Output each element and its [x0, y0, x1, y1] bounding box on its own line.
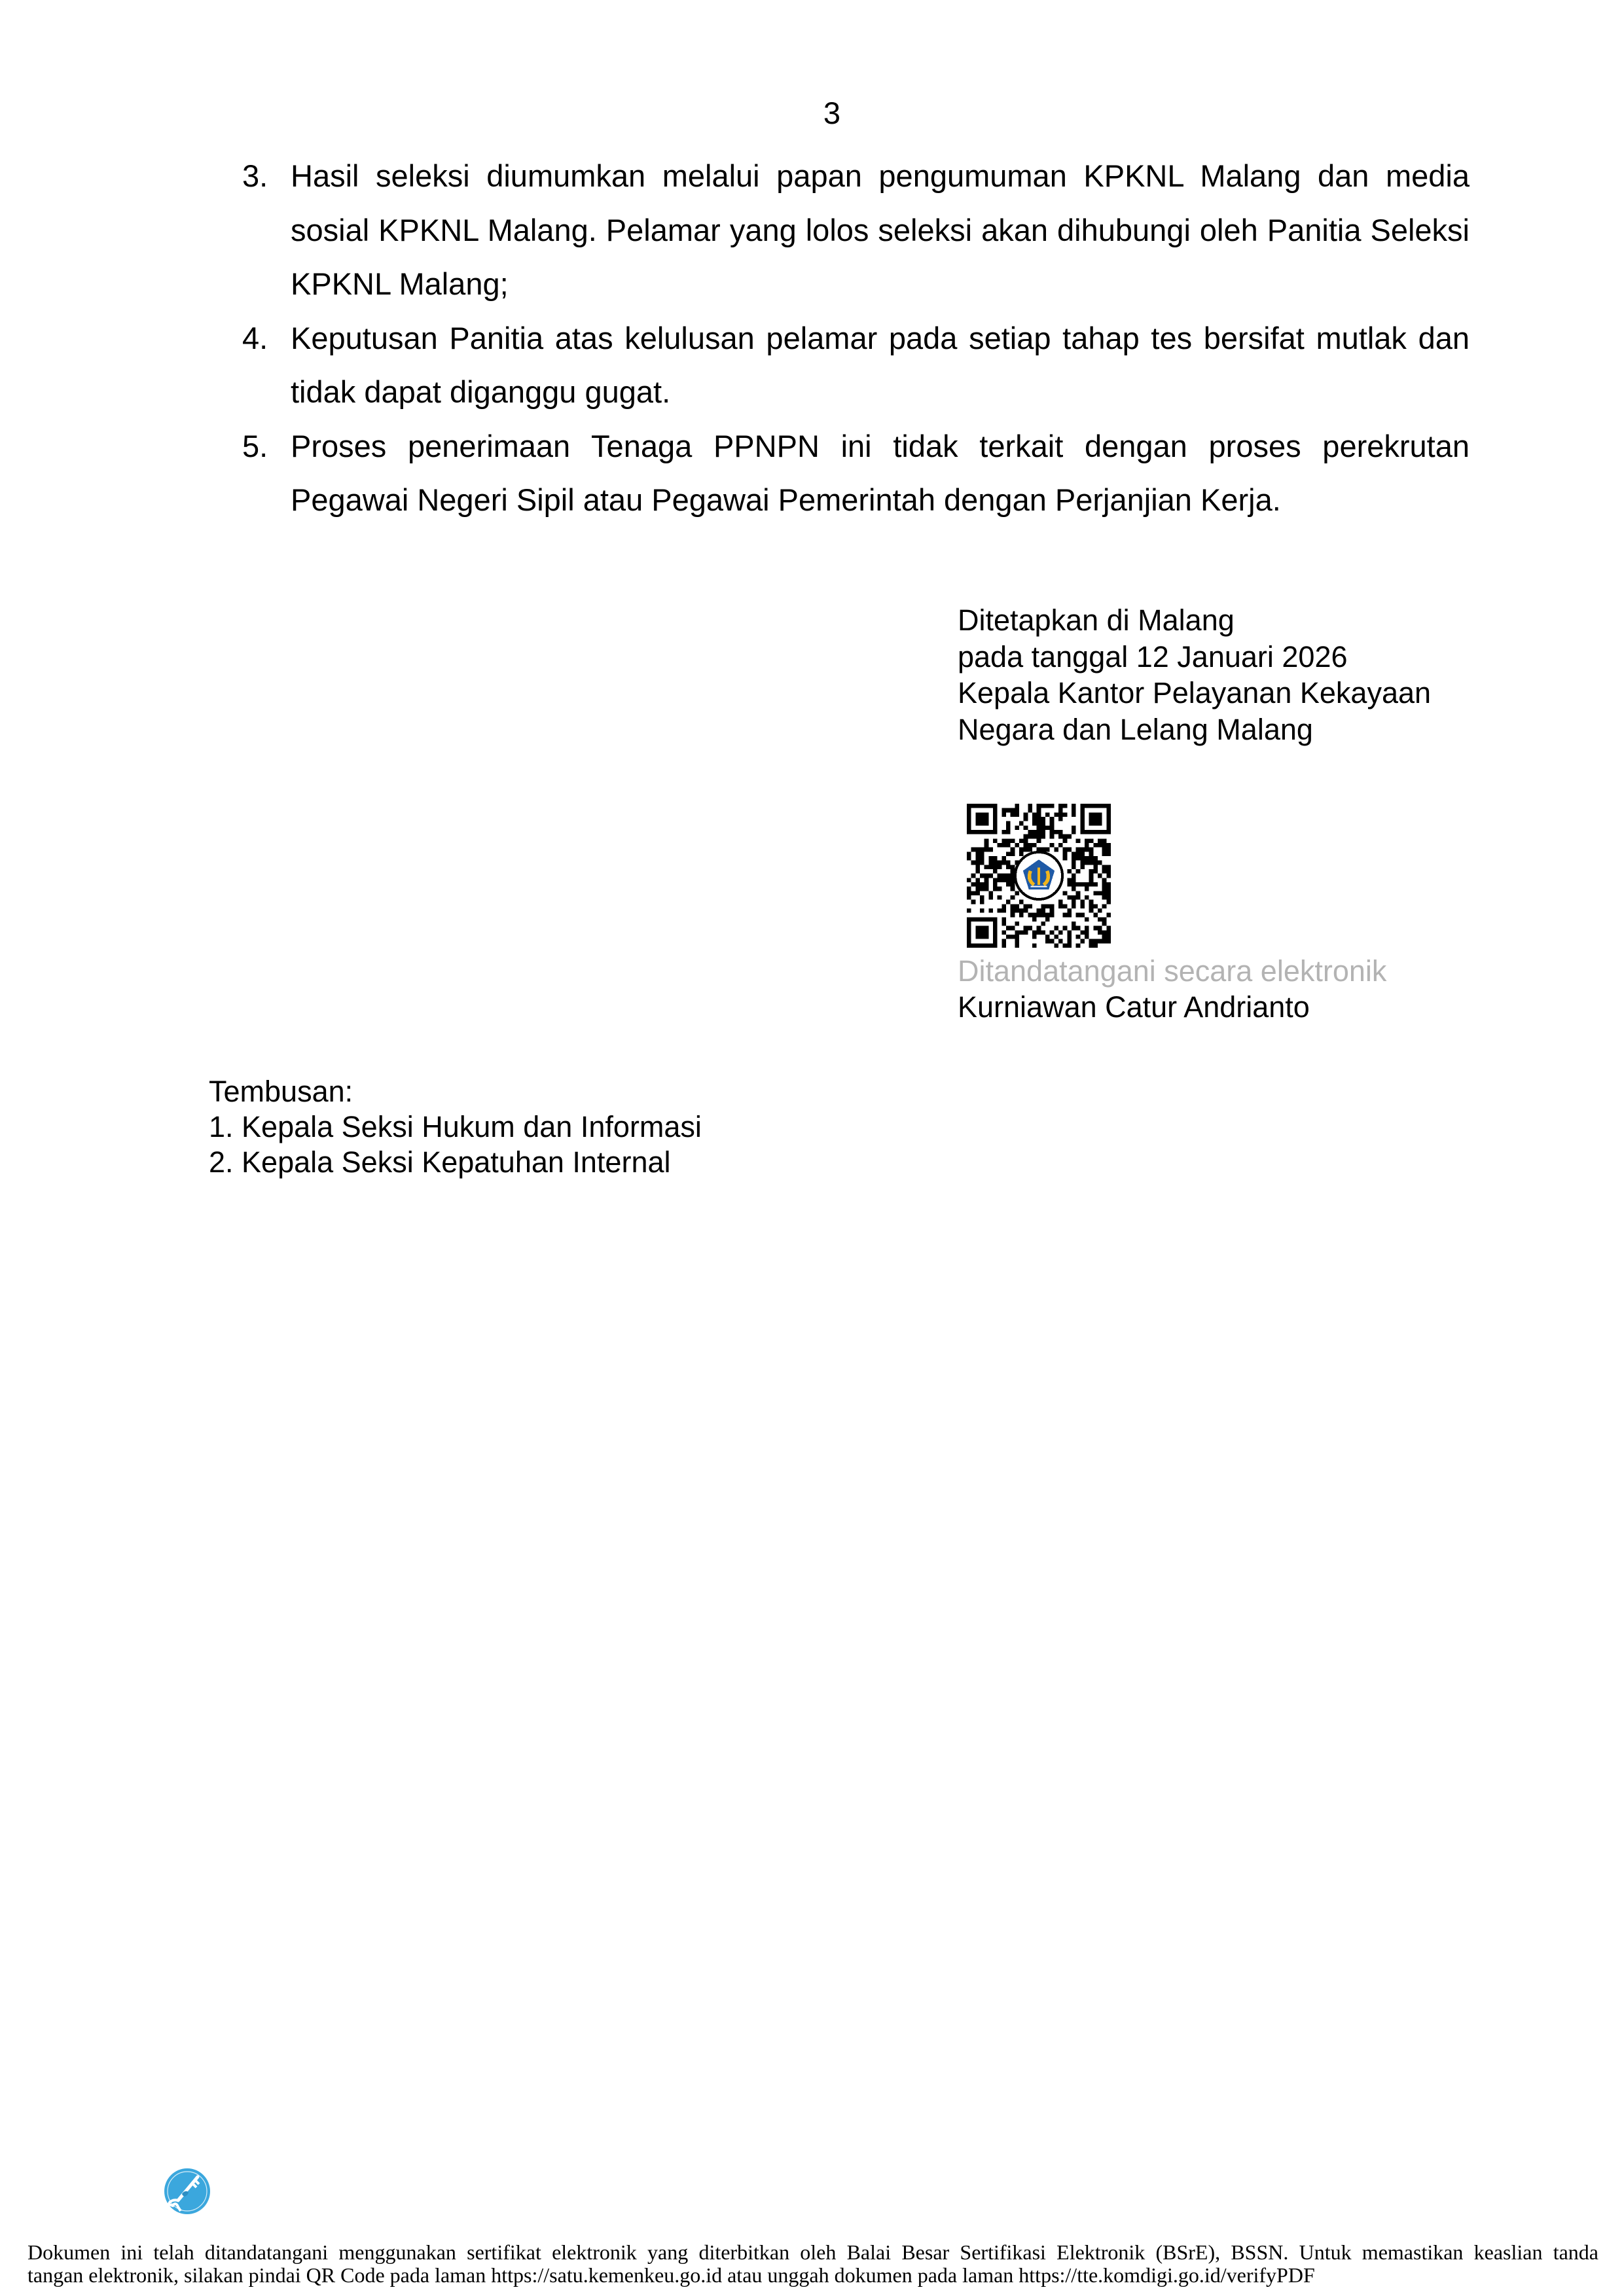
list-item-text: Hasil seleksi diumumkan melalui papan pe… [291, 158, 1470, 301]
qr-code-icon [967, 804, 1111, 948]
signature-place: Ditetapkan di Malang [958, 602, 1431, 639]
cc-block: Tembusan: 1. Kepala Seksi Hukum dan Info… [209, 1074, 702, 1180]
list-item-number: 5. [242, 420, 268, 474]
signed-electronically-note: Ditandatangani secara elektronik [958, 953, 1386, 989]
bsre-key-icon [164, 2168, 211, 2215]
signature-block: Ditetapkan di Malang pada tanggal 12 Jan… [958, 602, 1431, 747]
signature-position-line-1: Kepala Kantor Pelayanan Kekayaan [958, 675, 1431, 711]
footer-line-1: Dokumen ini telah ditandatangani menggun… [27, 2241, 1598, 2264]
signer-name: Kurniawan Catur Andrianto [958, 989, 1310, 1025]
list-item-number: 4. [242, 312, 268, 366]
footer-disclaimer: Dokumen ini telah ditandatangani menggun… [27, 2241, 1598, 2287]
cc-title: Tembusan: [209, 1074, 702, 1109]
signature-date: pada tanggal 12 Januari 2026 [958, 639, 1431, 675]
list-item-number: 3. [242, 149, 268, 204]
list-item-text: Keputusan Panitia atas kelulusan pelamar… [291, 321, 1470, 410]
footer-line-2: tangan elektronik, silakan pindai QR Cod… [27, 2264, 1598, 2287]
cc-item: 1. Kepala Seksi Hukum dan Informasi [209, 1109, 702, 1145]
list-item: 5. Proses penerimaan Tenaga PPNPN ini ti… [242, 420, 1470, 528]
numbered-list: 3. Hasil seleksi diumumkan melalui papan… [242, 149, 1470, 528]
list-item: 4. Keputusan Panitia atas kelulusan pela… [242, 312, 1470, 420]
signature-position-line-2: Negara dan Lelang Malang [958, 711, 1431, 748]
cc-item: 2. Kepala Seksi Kepatuhan Internal [209, 1145, 702, 1180]
list-item: 3. Hasil seleksi diumumkan melalui papan… [242, 149, 1470, 312]
page-number: 3 [0, 96, 1624, 131]
list-item-text: Proses penerimaan Tenaga PPNPN ini tidak… [291, 429, 1470, 518]
